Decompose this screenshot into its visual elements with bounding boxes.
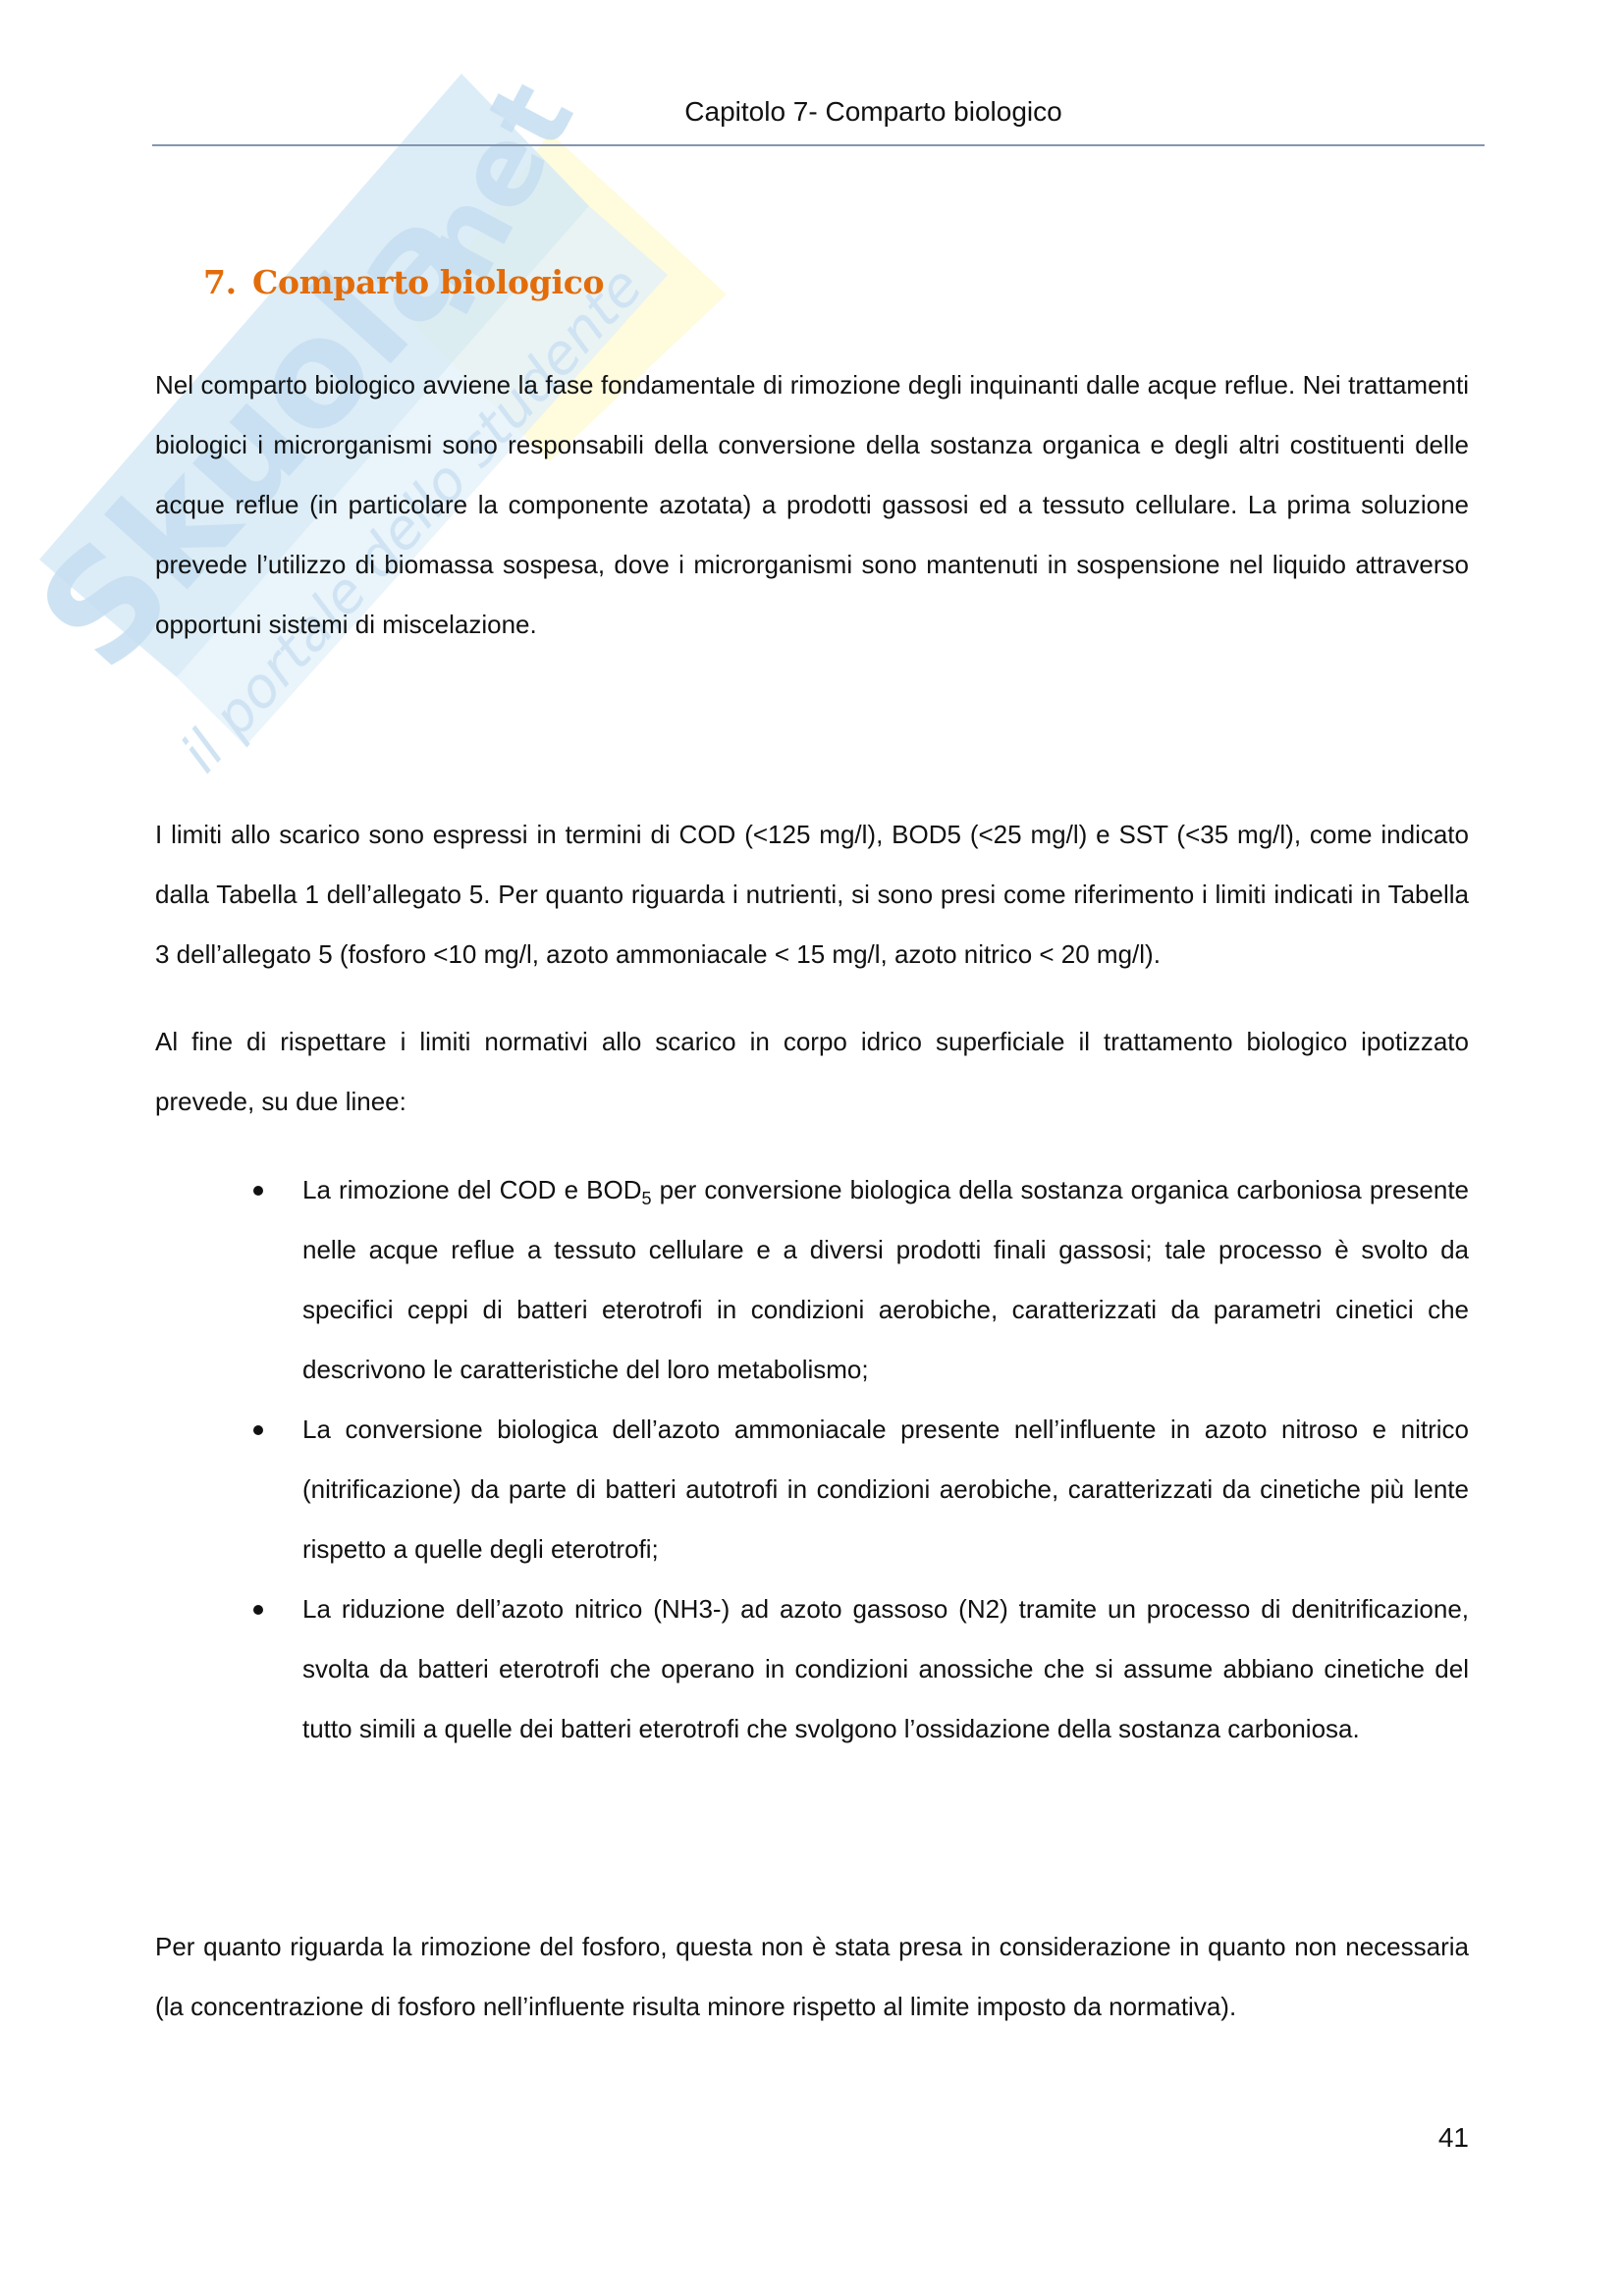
paragraph-discharge-limits: I limiti allo scarico sono espressi in t…: [155, 805, 1469, 985]
bullet-icon: [253, 1425, 263, 1435]
list-item-text: La riduzione dell’azoto nitrico (NH3-) a…: [302, 1579, 1469, 1759]
chapter-number: 7.: [203, 263, 252, 301]
list-item: La rimozione del COD e BOD5 per conversi…: [155, 1160, 1469, 1400]
running-header: Capitolo 7- Comparto biologico: [154, 96, 1485, 128]
paragraph-treatment-lines: Al fine di rispettare i limiti normativi…: [155, 1012, 1469, 1132]
list-item: La conversione biologica dell’azoto ammo…: [155, 1400, 1469, 1579]
list-item-text: La conversione biologica dell’azoto ammo…: [302, 1400, 1469, 1579]
list-item: La riduzione dell’azoto nitrico (NH3-) a…: [155, 1579, 1469, 1759]
treatment-process-list: La rimozione del COD e BOD5 per conversi…: [155, 1160, 1469, 1759]
document-page: Skuola .net il portale dello studente Ca…: [0, 0, 1624, 2296]
paragraph-phosphorus: Per quanto riguarda la rimozione del fos…: [155, 1917, 1469, 2037]
page-number: 41: [1414, 2122, 1469, 2154]
list-item-text: La rimozione del COD e BOD5 per conversi…: [302, 1160, 1469, 1400]
bullet-icon: [253, 1605, 263, 1615]
chapter-heading: 7.Comparto biologico: [203, 263, 604, 301]
header-divider: [152, 144, 1485, 146]
bullet-icon: [253, 1186, 263, 1196]
paragraph-intro: Nel comparto biologico avviene la fase f…: [155, 355, 1469, 655]
chapter-title: Comparto biologico: [252, 263, 604, 301]
